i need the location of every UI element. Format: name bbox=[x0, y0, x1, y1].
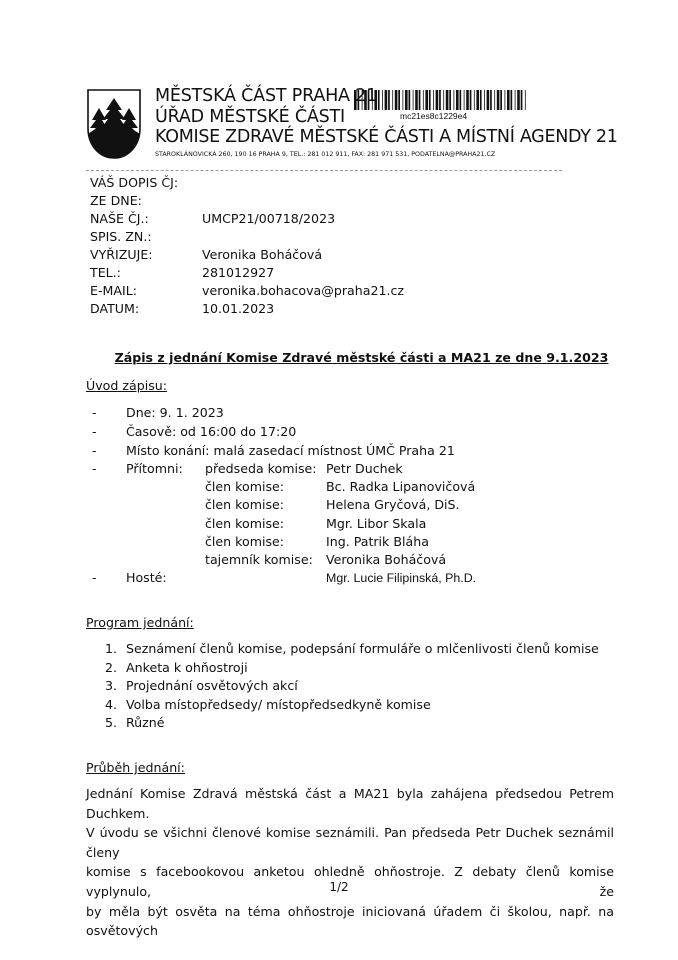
meta-value: 281012927 bbox=[202, 265, 274, 280]
attendee-role: člen komise: bbox=[205, 516, 284, 531]
coat-of-arms-icon bbox=[86, 88, 142, 160]
program-item-number: 5. bbox=[105, 715, 117, 730]
proceedings-paragraph: Jednání Komise Zdravá městská část a MA2… bbox=[86, 784, 614, 941]
program-item: Projednání osvětových akcí bbox=[126, 678, 298, 693]
meta-label: E-MAIL: bbox=[90, 283, 137, 298]
program-item-number: 2. bbox=[105, 660, 117, 675]
bullet-dash: - bbox=[92, 424, 97, 439]
org-address: STAROKLÁNOVICKÁ 260, 190 16 PRAHA 9, TEL… bbox=[155, 151, 495, 158]
program-item: Různé bbox=[126, 715, 165, 730]
meta-value: 10.01.2023 bbox=[202, 301, 274, 316]
program-item: Seznámení členů komise, podepsání formul… bbox=[126, 641, 599, 656]
barcode-text: mc21es8c1229e4 bbox=[400, 111, 467, 121]
page-number: 1/2 bbox=[0, 880, 678, 894]
attendee-role: předseda komise: bbox=[205, 461, 317, 476]
org-name-line1: MĚSTSKÁ ČÁST PRAHA 21 bbox=[155, 86, 377, 106]
program-item: Volba místopředsedy/ místopředsedkyně ko… bbox=[126, 697, 431, 712]
bullet-dash: - bbox=[92, 570, 97, 585]
intro-heading: Úvod zápisu: bbox=[86, 378, 167, 393]
program-item-number: 1. bbox=[105, 641, 117, 656]
meta-label: VYŘIZUJE: bbox=[90, 247, 153, 262]
paragraph-line: Jednání Komise Zdravá městská část a MA2… bbox=[86, 784, 614, 823]
guest-name: Mgr. Lucie Filipinská, Ph.D. bbox=[326, 571, 476, 585]
meeting-place: Místo konání: malá zasedací místnost ÚMČ… bbox=[126, 443, 455, 458]
meeting-time: Časově: od 16:00 do 17:20 bbox=[126, 424, 296, 439]
attendee-name: Ing. Patrik Bláha bbox=[326, 534, 429, 549]
meta-value: Veronika Boháčová bbox=[202, 247, 322, 262]
attendee-name: Helena Gryčová, DiS. bbox=[326, 497, 460, 512]
attendee-name: Mgr. Libor Skala bbox=[326, 516, 426, 531]
meta-value: UMCP21/00718/2023 bbox=[202, 211, 335, 226]
meeting-date: Dne: 9. 1. 2023 bbox=[126, 405, 224, 420]
attendee-name: Bc. Radka Lipanovičová bbox=[326, 479, 475, 494]
proceedings-heading: Průběh jednání: bbox=[86, 760, 185, 775]
header-separator bbox=[86, 170, 562, 171]
program-item: Anketa k ohňostroji bbox=[126, 660, 248, 675]
program-item-number: 4. bbox=[105, 697, 117, 712]
guests-label: Hosté: bbox=[126, 570, 167, 585]
program-heading: Program jednání: bbox=[86, 615, 194, 630]
org-name-line3: KOMISE ZDRAVÉ MĚSTSKÉ ČÁSTI A MÍSTNÍ AGE… bbox=[155, 127, 618, 147]
meta-label: VÁŠ DOPIS ČJ: bbox=[90, 175, 178, 190]
paragraph-line: V úvodu se všichni členové komise seznám… bbox=[86, 823, 614, 862]
attendee-role: člen komise: bbox=[205, 534, 284, 549]
program-item-number: 3. bbox=[105, 678, 117, 693]
meta-label: SPIS. ZN.: bbox=[90, 229, 152, 244]
bullet-dash: - bbox=[92, 405, 97, 420]
meta-label: ZE DNE: bbox=[90, 193, 142, 208]
bullet-dash: - bbox=[92, 461, 97, 476]
attendee-name: Veronika Boháčová bbox=[326, 552, 446, 567]
meta-value: veronika.bohacova@praha21.cz bbox=[202, 283, 404, 298]
meta-label: DATUM: bbox=[90, 301, 139, 316]
barcode-icon bbox=[354, 90, 528, 110]
attendee-role: člen komise: bbox=[205, 497, 284, 512]
attendee-role: tajemník komise: bbox=[205, 552, 313, 567]
paragraph-line: by měla být osvěta na téma ohňostroje in… bbox=[86, 902, 614, 941]
attendee-name: Petr Duchek bbox=[326, 461, 403, 476]
bullet-dash: - bbox=[92, 443, 97, 458]
meta-label: TEL.: bbox=[90, 265, 121, 280]
document-title: Zápis z jednání Komise Zdravé městské čá… bbox=[0, 350, 678, 365]
org-name-line2: ÚŘAD MĚSTSKÉ ČÁSTI bbox=[155, 107, 345, 127]
present-label: Přítomni: bbox=[126, 461, 183, 476]
meta-label: NAŠE ČJ.: bbox=[90, 211, 149, 226]
attendee-role: člen komise: bbox=[205, 479, 284, 494]
